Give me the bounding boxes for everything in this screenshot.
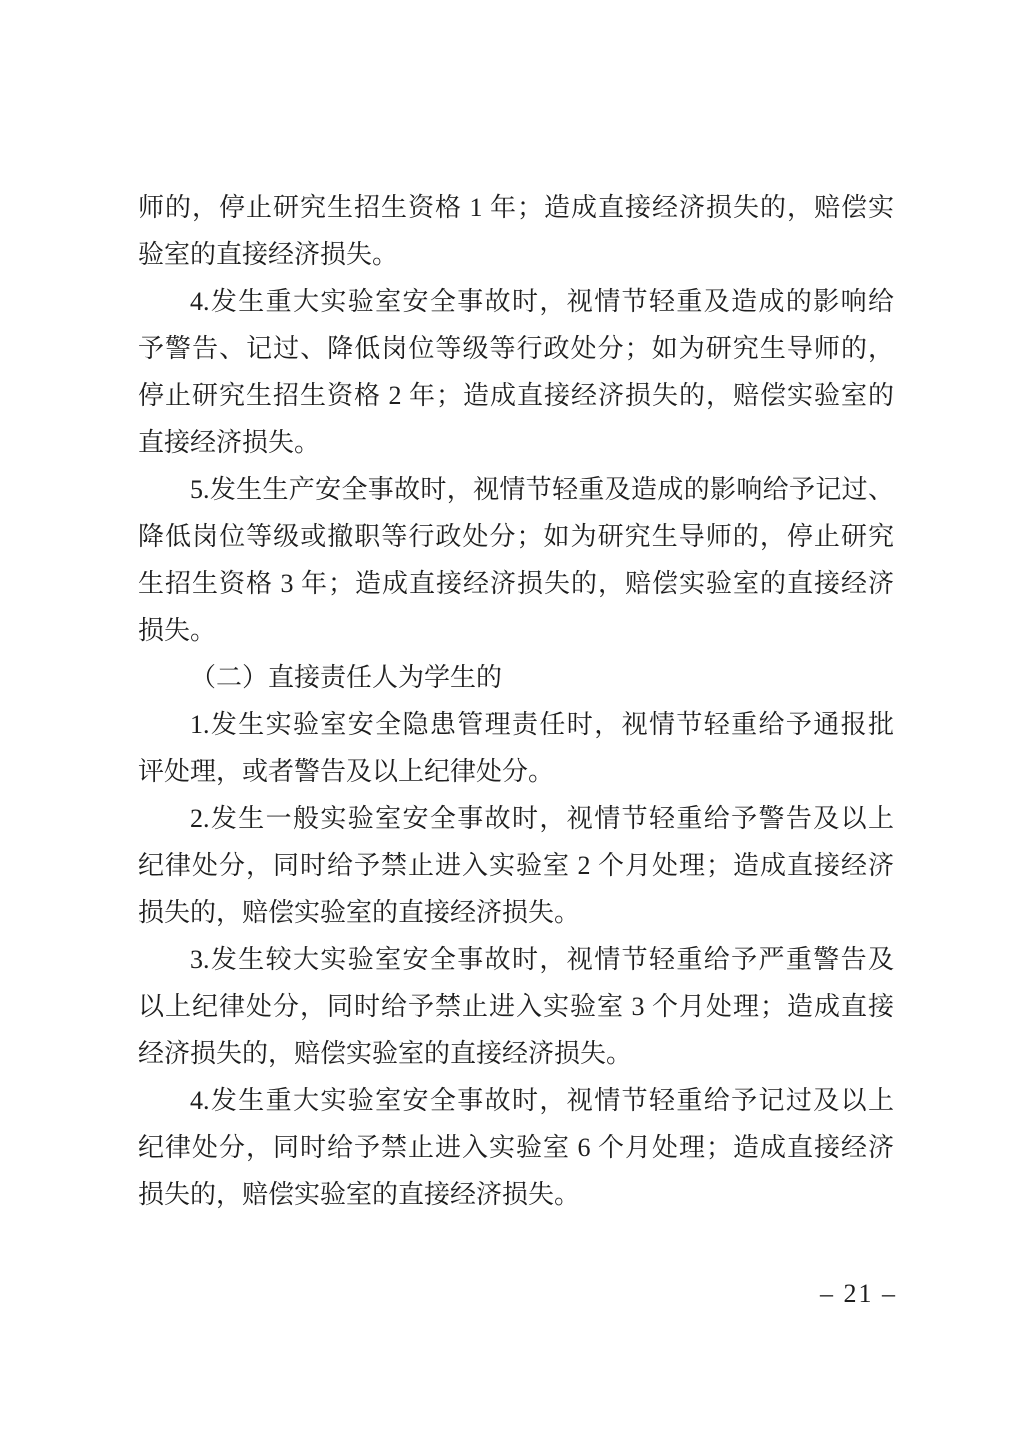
text-line: 2.发生一般实验室安全事故时，视情节轻重给予警告及以上 <box>138 795 894 842</box>
text-line: 停止研究生招生资格 2 年；造成直接经济损失的，赔偿实验室的 <box>138 372 894 419</box>
text-line: 4.发生重大实验室安全事故时，视情节轻重及造成的影响给 <box>138 278 894 325</box>
text-line: 损失的，赔偿实验室的直接经济损失。 <box>138 889 894 936</box>
text-line: 直接经济损失。 <box>138 419 894 466</box>
text-line: 评处理，或者警告及以上纪律处分。 <box>138 748 894 795</box>
text-line: 损失的，赔偿实验室的直接经济损失。 <box>138 1171 894 1218</box>
text-line: 1.发生实验室安全隐患管理责任时，视情节轻重给予通报批 <box>138 701 894 748</box>
text-line: 验室的直接经济损失。 <box>138 231 894 278</box>
text-line: （二）直接责任人为学生的 <box>138 654 894 701</box>
text-line: 5.发生生产安全事故时，视情节轻重及造成的影响给予记过、 <box>138 466 894 513</box>
text-line: 生招生资格 3 年；造成直接经济损失的，赔偿实验室的直接经济 <box>138 560 894 607</box>
text-line: 以上纪律处分，同时给予禁止进入实验室 3 个月处理；造成直接 <box>138 983 894 1030</box>
text-line: 3.发生较大实验室安全事故时，视情节轻重给予严重警告及 <box>138 936 894 983</box>
text-line: 纪律处分，同时给予禁止进入实验室 2 个月处理；造成直接经济 <box>138 842 894 889</box>
text-line: 师的，停止研究生招生资格 1 年；造成直接经济损失的，赔偿实 <box>138 184 894 231</box>
text-line: 予警告、记过、降低岗位等级等行政处分；如为研究生导师的， <box>138 325 894 372</box>
document-page: 师的，停止研究生招生资格 1 年；造成直接经济损失的，赔偿实验室的直接经济损失。… <box>0 0 1024 1448</box>
text-line: 经济损失的，赔偿实验室的直接经济损失。 <box>138 1030 894 1077</box>
document-body: 师的，停止研究生招生资格 1 年；造成直接经济损失的，赔偿实验室的直接经济损失。… <box>138 184 894 1218</box>
text-line: 损失。 <box>138 607 894 654</box>
page-number: – 21 – <box>820 1277 897 1311</box>
text-line: 纪律处分，同时给予禁止进入实验室 6 个月处理；造成直接经济 <box>138 1124 894 1171</box>
text-line: 降低岗位等级或撤职等行政处分；如为研究生导师的，停止研究 <box>138 513 894 560</box>
text-line: 4.发生重大实验室安全事故时，视情节轻重给予记过及以上 <box>138 1077 894 1124</box>
